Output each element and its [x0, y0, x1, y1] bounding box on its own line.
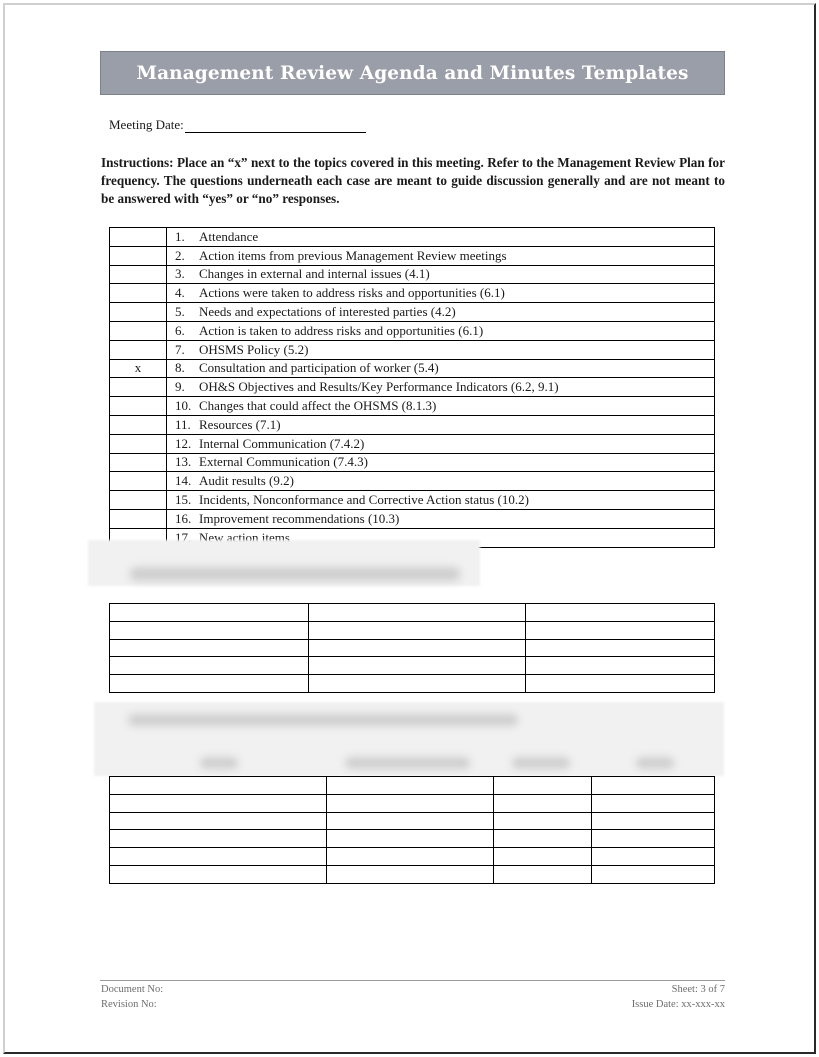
agenda-item-number: 13.	[175, 454, 199, 470]
obscured-heading	[128, 714, 518, 726]
agenda-item-number: 6.	[175, 323, 199, 339]
agenda-item-label: Incidents, Nonconformance and Corrective…	[199, 492, 529, 507]
agenda-topic: 11.Resources (7.1)	[167, 415, 715, 434]
agenda-checkbox-cell[interactable]: x	[110, 359, 167, 378]
agenda-row: 1.Attendance	[110, 228, 715, 247]
table-cell[interactable]	[110, 604, 309, 622]
agenda-row: 5.Needs and expectations of interested p…	[110, 303, 715, 322]
agenda-item-number: 11.	[175, 417, 199, 433]
table-cell[interactable]	[309, 639, 526, 657]
agenda-checkbox-cell[interactable]	[110, 284, 167, 303]
table-cell[interactable]	[592, 812, 715, 830]
table-cell[interactable]	[110, 794, 327, 812]
agenda-row: 11.Resources (7.1)	[110, 415, 715, 434]
table-cell[interactable]	[327, 794, 494, 812]
table-row	[110, 621, 715, 639]
agenda-checkbox-cell[interactable]	[110, 415, 167, 434]
agenda-checkbox-cell[interactable]	[110, 303, 167, 322]
table-cell[interactable]	[592, 865, 715, 883]
table-row	[110, 848, 715, 866]
table-row	[110, 604, 715, 622]
agenda-checkbox-cell[interactable]	[110, 228, 167, 247]
agenda-topic: 15.Incidents, Nonconformance and Correct…	[167, 491, 715, 510]
agenda-checkbox-cell[interactable]	[110, 321, 167, 340]
table-cell[interactable]	[526, 675, 715, 693]
agenda-item-number: 14.	[175, 473, 199, 489]
table-cell[interactable]	[526, 657, 715, 675]
agenda-checkbox-cell[interactable]	[110, 340, 167, 359]
agenda-topic: 14.Audit results (9.2)	[167, 472, 715, 491]
agenda-item-label: Improvement recommendations (10.3)	[199, 511, 399, 526]
agenda-row: 13.External Communication (7.4.3)	[110, 453, 715, 472]
table-row	[110, 639, 715, 657]
agenda-row: 9.OH&S Objectives and Results/Key Perfor…	[110, 378, 715, 397]
agenda-item-label: Changes in external and internal issues …	[199, 266, 430, 281]
agenda-topic: 9.OH&S Objectives and Results/Key Perfor…	[167, 378, 715, 397]
agenda-topic: 7.OHSMS Policy (5.2)	[167, 340, 715, 359]
agenda-item-label: Internal Communication (7.4.2)	[199, 436, 364, 451]
table-cell[interactable]	[309, 675, 526, 693]
agenda-item-label: Audit results (9.2)	[199, 473, 294, 488]
agenda-item-label: Action is taken to address risks and opp…	[199, 323, 483, 338]
table-cell[interactable]	[327, 812, 494, 830]
table-cell[interactable]	[327, 865, 494, 883]
agenda-item-number: 9.	[175, 379, 199, 395]
agenda-item-label: Consultation and participation of worker…	[199, 360, 439, 375]
agenda-item-number: 3.	[175, 266, 199, 282]
agenda-checkbox-cell[interactable]	[110, 509, 167, 528]
agenda-item-number: 2.	[175, 248, 199, 264]
agenda-row: 16.Improvement recommendations (10.3)	[110, 509, 715, 528]
table-cell[interactable]	[110, 621, 309, 639]
table-cell[interactable]	[494, 865, 592, 883]
table-row	[110, 675, 715, 693]
instructions-paragraph: Instructions: Place an “x” next to the t…	[101, 154, 725, 209]
footer-divider	[100, 980, 725, 981]
agenda-row: 2.Action items from previous Management …	[110, 246, 715, 265]
document-number-label: Document No:	[101, 984, 163, 995]
agenda-topic: 3.Changes in external and internal issue…	[167, 265, 715, 284]
revision-number-label: Revision No:	[101, 999, 157, 1010]
agenda-topic: 13.External Communication (7.4.3)	[167, 453, 715, 472]
table-cell[interactable]	[110, 830, 327, 848]
agenda-topic: 12.Internal Communication (7.4.2)	[167, 434, 715, 453]
agenda-topic: 16.Improvement recommendations (10.3)	[167, 509, 715, 528]
agenda-item-label: OH&S Objectives and Results/Key Performa…	[199, 379, 559, 394]
agenda-item-number: 4.	[175, 285, 199, 301]
obscured-column-header	[345, 757, 470, 769]
table-cell[interactable]	[526, 621, 715, 639]
table-cell[interactable]	[494, 848, 592, 866]
table-row	[110, 865, 715, 883]
agenda-checkbox-cell[interactable]	[110, 472, 167, 491]
agenda-item-number: 10.	[175, 398, 199, 414]
agenda-checkbox-cell[interactable]	[110, 491, 167, 510]
agenda-item-label: OHSMS Policy (5.2)	[199, 342, 308, 357]
table-cell[interactable]	[592, 848, 715, 866]
agenda-item-label: External Communication (7.4.3)	[199, 454, 368, 469]
obscured-column-header	[512, 757, 570, 769]
agenda-topic: 4.Actions were taken to address risks an…	[167, 284, 715, 303]
agenda-topic: 5.Needs and expectations of interested p…	[167, 303, 715, 322]
meeting-date-input[interactable]	[185, 118, 366, 133]
table-cell[interactable]	[309, 604, 526, 622]
meeting-date-field: Meeting Date:	[109, 117, 366, 133]
document-title: Management Review Agenda and Minutes Tem…	[137, 63, 689, 84]
table-cell[interactable]	[110, 675, 309, 693]
table-cell[interactable]	[110, 812, 327, 830]
table-cell[interactable]	[592, 794, 715, 812]
agenda-item-number: 16.	[175, 511, 199, 527]
agenda-row: 7.OHSMS Policy (5.2)	[110, 340, 715, 359]
table-cell[interactable]	[327, 830, 494, 848]
table-cell[interactable]	[309, 621, 526, 639]
agenda-topic: 1.Attendance	[167, 228, 715, 247]
table-cell[interactable]	[526, 604, 715, 622]
table-cell[interactable]	[110, 777, 327, 795]
table-row	[110, 657, 715, 675]
agenda-row: 12.Internal Communication (7.4.2)	[110, 434, 715, 453]
obscured-column-header	[200, 757, 238, 769]
attendance-table	[109, 603, 715, 693]
agenda-checkbox-cell[interactable]	[110, 434, 167, 453]
table-row	[110, 830, 715, 848]
agenda-checkbox-cell[interactable]	[110, 246, 167, 265]
table-cell[interactable]	[110, 865, 327, 883]
table-cell[interactable]	[494, 777, 592, 795]
table-cell[interactable]	[494, 812, 592, 830]
table-cell[interactable]	[526, 639, 715, 657]
meeting-date-label: Meeting Date:	[109, 117, 184, 133]
agenda-table: 1.Attendance2.Action items from previous…	[109, 227, 715, 548]
agenda-topic: 10.Changes that could affect the OHSMS (…	[167, 397, 715, 416]
table-cell[interactable]	[110, 657, 309, 675]
obscured-column-header	[636, 757, 674, 769]
action-items-table	[109, 776, 715, 884]
agenda-topic: 6.Action is taken to address risks and o…	[167, 321, 715, 340]
agenda-topic: 8.Consultation and participation of work…	[167, 359, 715, 378]
agenda-row: 10.Changes that could affect the OHSMS (…	[110, 397, 715, 416]
agenda-item-label: Action items from previous Management Re…	[199, 248, 507, 263]
agenda-checkbox-cell[interactable]	[110, 397, 167, 416]
agenda-row: 4.Actions were taken to address risks an…	[110, 284, 715, 303]
table-cell[interactable]	[592, 830, 715, 848]
agenda-checkbox-cell[interactable]	[110, 453, 167, 472]
agenda-item-label: Actions were taken to address risks and …	[199, 285, 505, 300]
agenda-item-label: Attendance	[199, 229, 258, 244]
agenda-row: 6.Action is taken to address risks and o…	[110, 321, 715, 340]
table-cell[interactable]	[494, 830, 592, 848]
sheet-number: Sheet: 3 of 7	[672, 984, 725, 995]
agenda-item-number: 1.	[175, 229, 199, 245]
agenda-topic: 2.Action items from previous Management …	[167, 246, 715, 265]
table-cell[interactable]	[110, 639, 309, 657]
agenda-item-label: Resources (7.1)	[199, 417, 281, 432]
agenda-row: 3.Changes in external and internal issue…	[110, 265, 715, 284]
table-cell[interactable]	[327, 777, 494, 795]
agenda-item-label: Needs and expectations of interested par…	[199, 304, 456, 319]
title-banner: Management Review Agenda and Minutes Tem…	[100, 51, 725, 95]
agenda-item-number: 15.	[175, 492, 199, 508]
agenda-row: x8.Consultation and participation of wor…	[110, 359, 715, 378]
agenda-item-label: Changes that could affect the OHSMS (8.1…	[199, 398, 436, 413]
table-row	[110, 794, 715, 812]
agenda-item-number: 8.	[175, 360, 199, 376]
table-cell[interactable]	[327, 848, 494, 866]
agenda-row: 15.Incidents, Nonconformance and Correct…	[110, 491, 715, 510]
agenda-checkbox-cell[interactable]	[110, 378, 167, 397]
agenda-row: 14.Audit results (9.2)	[110, 472, 715, 491]
agenda-item-number: 7.	[175, 342, 199, 358]
agenda-item-number: 12.	[175, 436, 199, 452]
table-cell[interactable]	[592, 777, 715, 795]
table-cell[interactable]	[110, 848, 327, 866]
issue-date: Issue Date: xx-xxx-xx	[632, 999, 725, 1010]
table-row	[110, 812, 715, 830]
table-cell[interactable]	[309, 657, 526, 675]
agenda-checkbox-cell[interactable]	[110, 265, 167, 284]
table-cell[interactable]	[494, 794, 592, 812]
obscured-heading	[130, 567, 460, 581]
agenda-item-number: 5.	[175, 304, 199, 320]
table-row	[110, 777, 715, 795]
